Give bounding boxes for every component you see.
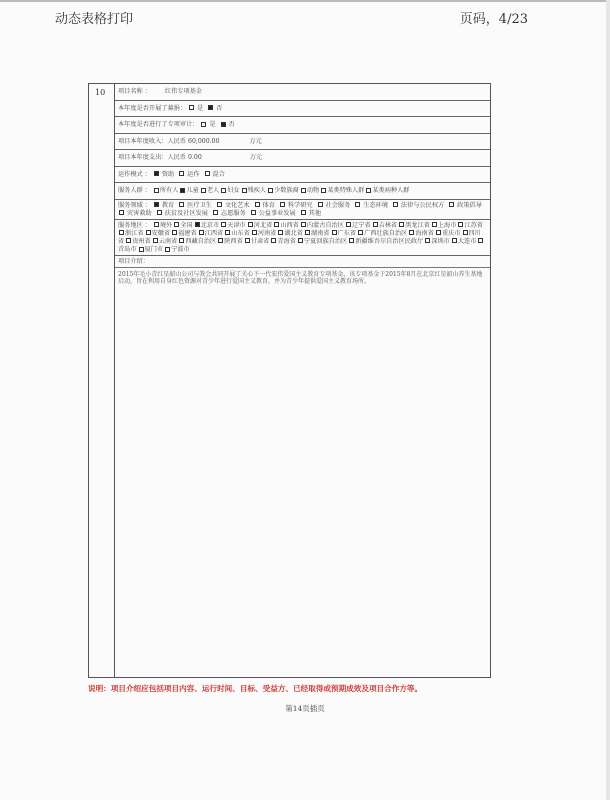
option-label: 是 xyxy=(197,105,203,112)
unchecked-box-icon[interactable] xyxy=(436,230,441,235)
option-label: 海南省 xyxy=(415,230,434,237)
unchecked-box-icon[interactable] xyxy=(301,188,306,193)
option-label: 上海市 xyxy=(438,222,457,229)
option-label: 某类特殊人群 xyxy=(327,187,364,194)
unchecked-box-icon[interactable] xyxy=(268,188,273,193)
option-label: 少数族裔 xyxy=(274,187,299,194)
expense-unit: 万元 xyxy=(250,154,262,161)
unchecked-box-icon[interactable] xyxy=(199,230,204,235)
option-20[interactable]: 广东省 xyxy=(331,230,357,237)
option-label: 体育 xyxy=(263,202,275,209)
option-label: 否 xyxy=(216,105,222,112)
unchecked-box-icon[interactable] xyxy=(332,230,337,235)
option-label: 西藏自治区 xyxy=(185,238,216,245)
option-8[interactable]: 吉林省 xyxy=(372,222,398,229)
option-9[interactable]: 黑龙江省 xyxy=(398,222,430,229)
audit-label: 本年度是否进行了专项审计： xyxy=(118,121,198,128)
unchecked-box-icon[interactable] xyxy=(298,238,303,243)
option-25[interactable]: 贵州省 xyxy=(125,238,151,245)
option-label: 青岛市 xyxy=(118,246,137,253)
option-label: 湖南省 xyxy=(311,230,330,237)
option-label: 动物 xyxy=(307,187,319,194)
option-label: 教育 xyxy=(162,202,174,209)
unchecked-box-icon[interactable] xyxy=(217,202,222,207)
unchecked-box-icon[interactable] xyxy=(201,122,206,127)
beneficiaries-label: 服务人群 ： xyxy=(118,187,151,194)
unchecked-box-icon[interactable] xyxy=(271,238,276,243)
audit-options: 是 否 xyxy=(200,121,236,128)
unchecked-box-icon[interactable] xyxy=(179,238,184,243)
unchecked-box-icon[interactable] xyxy=(248,222,253,227)
option-label: 文化艺术 xyxy=(225,202,250,209)
option-label: 吉林省 xyxy=(379,222,398,229)
option-12[interactable]: 公益事业发展 xyxy=(250,210,296,217)
option-label: 天津市 xyxy=(227,222,246,229)
option-10[interactable]: 扶贫及社区发展 xyxy=(156,210,208,217)
checked-box-icon[interactable] xyxy=(221,122,226,127)
option-label: 安徽省 xyxy=(152,230,171,237)
option-5[interactable]: 少数族裔 xyxy=(267,187,299,194)
fundraising-options: 是 否 xyxy=(188,105,224,112)
option-0[interactable]: 境外 xyxy=(153,222,172,229)
unchecked-box-icon[interactable] xyxy=(154,188,159,193)
option-label: 重庆市 xyxy=(442,230,461,237)
unchecked-box-icon[interactable] xyxy=(205,171,210,176)
option-3[interactable]: 妇女 xyxy=(220,187,239,194)
unchecked-box-icon[interactable] xyxy=(179,202,184,207)
option-37[interactable]: 宁波市 xyxy=(164,246,190,253)
unchecked-box-icon[interactable] xyxy=(218,238,223,243)
option-33[interactable]: 深圳市 xyxy=(424,238,450,245)
option-label: 政策倡导 xyxy=(457,202,482,209)
option-label: 资助 xyxy=(162,171,174,178)
print-title: 动态表格打印 xyxy=(55,8,133,27)
option-label: 山西省 xyxy=(280,222,299,229)
option-label: 甘肃省 xyxy=(251,238,270,245)
unchecked-box-icon[interactable] xyxy=(449,202,454,207)
option-6[interactable]: 生态环境 xyxy=(354,202,388,209)
audit-row: 本年度是否进行了专项审计： 是 否 xyxy=(115,117,490,134)
unchecked-box-icon[interactable] xyxy=(213,210,218,215)
intro-label-row: 项目介绍： xyxy=(115,256,490,268)
beneficiaries-options: 所有人儿童老人妇女残疾人少数族裔动物某类特殊人群某类病种人群 xyxy=(153,187,411,194)
option-0[interactable]: 所有人 xyxy=(153,187,179,194)
unchecked-box-icon[interactable] xyxy=(189,105,194,110)
option-label: 灾害救助 xyxy=(127,210,152,217)
option-label: 贵州省 xyxy=(132,238,151,245)
option-label: 生态环境 xyxy=(363,202,388,209)
unchecked-box-icon[interactable] xyxy=(366,188,371,193)
unchecked-box-icon[interactable] xyxy=(157,210,162,215)
option-label: 辽宁省 xyxy=(352,222,371,229)
option-0[interactable]: 是 xyxy=(200,121,215,128)
unchecked-box-icon[interactable] xyxy=(478,238,483,243)
option-label: 医疗卫生 xyxy=(187,202,212,209)
option-21[interactable]: 广西壮族自治区 xyxy=(357,230,407,237)
unchecked-box-icon[interactable] xyxy=(251,210,256,215)
unchecked-box-icon[interactable] xyxy=(393,202,398,207)
option-label: 残疾人 xyxy=(248,187,267,194)
unchecked-box-icon[interactable] xyxy=(458,222,463,227)
option-28[interactable]: 陕西省 xyxy=(217,238,243,245)
option-label: 科学研究 xyxy=(288,202,313,209)
option-label: 公益事业发展 xyxy=(259,210,296,217)
unchecked-box-icon[interactable] xyxy=(452,238,457,243)
option-0[interactable]: 是 xyxy=(188,105,203,112)
option-label: 运作 xyxy=(187,171,199,178)
option-2[interactable]: 文化艺术 xyxy=(216,202,250,209)
option-18[interactable]: 湖北省 xyxy=(277,230,303,237)
option-26[interactable]: 云南省 xyxy=(152,238,178,245)
option-6[interactable]: 内蒙古自治区 xyxy=(300,222,344,229)
option-32[interactable]: 新疆维吾尔自治区民政厅 xyxy=(348,238,423,245)
option-label: 湖北省 xyxy=(284,230,303,237)
unchecked-box-icon[interactable] xyxy=(274,222,279,227)
beneficiaries-row: 服务人群 ： 所有人儿童老人妇女残疾人少数族裔动物某类特殊人群某类病种人群 xyxy=(115,183,490,200)
option-34[interactable]: 大连市 xyxy=(451,238,477,245)
unchecked-box-icon[interactable] xyxy=(119,230,124,235)
option-label: 所有人 xyxy=(160,187,179,194)
option-label: 河北省 xyxy=(254,222,273,229)
option-19[interactable]: 湖南省 xyxy=(304,230,330,237)
option-5[interactable]: 社会服务 xyxy=(317,202,351,209)
unchecked-box-icon[interactable] xyxy=(355,202,360,207)
option-label: 混合 xyxy=(212,171,224,178)
service-fields-row: 服务领域 ： 教育 医疗卫生 文化艺术 体育 科学研究 社会服务 生态环境 法律… xyxy=(115,200,490,220)
unchecked-box-icon[interactable] xyxy=(373,222,378,227)
unchecked-box-icon[interactable] xyxy=(242,188,247,193)
project-name-label: 项目名称 ： xyxy=(118,88,151,95)
option-9[interactable]: 灾害救助 xyxy=(118,210,152,217)
expense-value: 0.00 xyxy=(188,154,202,161)
operation-mode-row: 运作模式 ： 资助 运作 混合 xyxy=(115,167,490,184)
option-label: 北京市 xyxy=(201,222,220,229)
service-fields-label: 服务领域 ： xyxy=(118,202,151,209)
service-regions-row: 服务地区 ： 境外全国北京市天津市河北省山西省内蒙古自治区辽宁省吉林省黑龙江省上… xyxy=(115,220,490,256)
unchecked-box-icon[interactable] xyxy=(318,202,323,207)
option-4[interactable]: 科学研究 xyxy=(279,202,313,209)
option-1[interactable]: 否 xyxy=(207,105,222,112)
option-10[interactable]: 上海市 xyxy=(431,222,457,229)
unchecked-box-icon[interactable] xyxy=(349,238,354,243)
checked-box-icon[interactable] xyxy=(180,188,185,193)
unchecked-box-icon[interactable] xyxy=(252,230,257,235)
option-label: 宁夏回族自治区 xyxy=(304,238,347,245)
option-label: 老人 xyxy=(207,187,219,194)
option-14[interactable]: 福建省 xyxy=(171,230,197,237)
option-31[interactable]: 宁夏回族自治区 xyxy=(297,238,347,245)
option-11[interactable]: 江苏省 xyxy=(457,222,483,229)
unchecked-box-icon[interactable] xyxy=(165,247,170,252)
unchecked-box-icon[interactable] xyxy=(154,222,159,227)
option-label: 境外 xyxy=(160,222,172,229)
service-regions-label: 服务地区 ： xyxy=(118,222,151,229)
unchecked-box-icon[interactable] xyxy=(409,230,414,235)
option-label: 志愿服务 xyxy=(221,210,246,217)
checked-box-icon[interactable] xyxy=(154,202,159,207)
option-11[interactable]: 志愿服务 xyxy=(212,210,246,217)
operation-mode-label: 运作模式 ： xyxy=(118,171,151,178)
option-1[interactable]: 否 xyxy=(220,121,235,128)
unchecked-box-icon[interactable] xyxy=(432,222,437,227)
unchecked-box-icon[interactable] xyxy=(225,230,230,235)
option-label: 浙江省 xyxy=(125,230,144,237)
option-13[interactable]: 其他 xyxy=(300,210,321,217)
unchecked-box-icon[interactable] xyxy=(301,222,306,227)
fundraising-label: 本年度是否开展了募捐： xyxy=(118,105,186,112)
option-label: 广西壮族自治区 xyxy=(364,230,407,237)
option-3[interactable]: 体育 xyxy=(254,202,275,209)
option-36[interactable]: 厦门市 xyxy=(138,246,164,253)
option-label: 扶贫及社区发展 xyxy=(165,210,208,217)
option-4[interactable]: 残疾人 xyxy=(241,187,267,194)
option-7[interactable]: 某类特殊人群 xyxy=(320,187,364,194)
option-label: 内蒙古自治区 xyxy=(307,222,344,229)
option-4[interactable]: 河北省 xyxy=(247,222,273,229)
option-label: 云南省 xyxy=(159,238,178,245)
income-label: 项目本年度收入：人民币 xyxy=(118,138,186,145)
option-23[interactable]: 重庆市 xyxy=(435,230,461,237)
option-22[interactable]: 海南省 xyxy=(408,230,434,237)
project-name-value: 红伟专项基金 xyxy=(165,88,202,95)
unchecked-box-icon[interactable] xyxy=(463,230,468,235)
option-1[interactable]: 医疗卫生 xyxy=(178,202,212,209)
option-1[interactable]: 儿童 xyxy=(179,187,198,194)
unchecked-box-icon[interactable] xyxy=(301,210,306,215)
option-label: 厦门市 xyxy=(145,246,164,253)
option-7[interactable]: 法律与公民权方 xyxy=(392,202,444,209)
instruction-note: 说明：项目介绍应包括项目内容、运行时间、目标、受益方、已经取得或预期成效及项目合… xyxy=(88,683,422,694)
option-1[interactable]: 运作 xyxy=(178,171,199,178)
option-label: 黑龙江省 xyxy=(405,222,430,229)
option-label: 陕西省 xyxy=(224,238,243,245)
option-8[interactable]: 政策倡导 xyxy=(448,202,482,209)
option-15[interactable]: 江西省 xyxy=(198,230,224,237)
option-label: 河南省 xyxy=(258,230,277,237)
option-label: 其他 xyxy=(309,210,321,217)
option-2[interactable]: 老人 xyxy=(200,187,219,194)
option-label: 大连市 xyxy=(458,238,477,245)
income-value: 60,000.00 xyxy=(188,138,220,145)
option-17[interactable]: 河南省 xyxy=(251,230,277,237)
unchecked-box-icon[interactable] xyxy=(245,238,250,243)
unchecked-box-icon[interactable] xyxy=(201,188,206,193)
fundraising-row: 本年度是否开展了募捐： 是 否 xyxy=(115,101,490,118)
project-record-table: 10 项目名称 ： 红伟专项基金 本年度是否开展了募捐： 是 否 本年度是否进行… xyxy=(88,83,491,678)
income-unit: 万元 xyxy=(249,138,261,145)
option-label: 广东省 xyxy=(338,230,357,237)
intro-text: 2015年毛小青红星韶山公司与我会共同开展了关心下一代宏伟爱国主义教育专项基金，… xyxy=(115,268,490,678)
option-5[interactable]: 山西省 xyxy=(273,222,299,229)
expense-row: 项目本年度支出：人民币 0.00 万元 xyxy=(115,150,490,167)
option-16[interactable]: 山东省 xyxy=(224,230,250,237)
option-2[interactable]: 混合 xyxy=(204,171,225,178)
option-label: 法律与公民权方 xyxy=(401,202,444,209)
option-label: 全国 xyxy=(180,222,192,229)
option-label: 宁波市 xyxy=(171,246,190,253)
option-label: 青海省 xyxy=(277,238,296,245)
option-label: 新疆维吾尔自治区民政厅 xyxy=(355,238,423,245)
service-regions-options: 境外全国北京市天津市河北省山西省内蒙古自治区辽宁省吉林省黑龙江省上海市江苏省浙江… xyxy=(118,222,484,254)
unchecked-box-icon[interactable] xyxy=(146,230,151,235)
unchecked-box-icon[interactable] xyxy=(278,230,283,235)
option-2[interactable]: 北京市 xyxy=(194,222,220,229)
unchecked-box-icon[interactable] xyxy=(280,202,285,207)
unchecked-box-icon[interactable] xyxy=(153,238,158,243)
unchecked-box-icon[interactable] xyxy=(179,171,184,176)
unchecked-box-icon[interactable] xyxy=(126,238,131,243)
option-13[interactable]: 安徽省 xyxy=(145,230,171,237)
unchecked-box-icon[interactable] xyxy=(221,188,226,193)
option-29[interactable]: 甘肃省 xyxy=(244,238,270,245)
unchecked-box-icon[interactable] xyxy=(174,222,179,227)
option-label: 福建省 xyxy=(178,230,197,237)
option-7[interactable]: 辽宁省 xyxy=(345,222,371,229)
option-label: 江西省 xyxy=(205,230,224,237)
page-footer: 第14页插页 xyxy=(0,703,610,714)
option-label: 儿童 xyxy=(186,187,198,194)
option-12[interactable]: 浙江省 xyxy=(118,230,144,237)
option-label: 深圳市 xyxy=(431,238,450,245)
option-0[interactable]: 资助 xyxy=(153,171,174,178)
option-label: 妇女 xyxy=(227,187,239,194)
checked-box-icon[interactable] xyxy=(154,171,159,176)
option-label: 社会服务 xyxy=(326,202,351,209)
unchecked-box-icon[interactable] xyxy=(221,222,226,227)
option-label: 江苏省 xyxy=(464,222,483,229)
record-fields: 项目名称 ： 红伟专项基金 本年度是否开展了募捐： 是 否 本年度是否进行了专项… xyxy=(115,84,490,677)
unchecked-box-icon[interactable] xyxy=(321,188,326,193)
unchecked-box-icon[interactable] xyxy=(172,230,177,235)
option-27[interactable]: 西藏自治区 xyxy=(178,238,216,245)
option-8[interactable]: 某类病种人群 xyxy=(365,187,409,194)
unchecked-box-icon[interactable] xyxy=(425,238,430,243)
expense-label: 项目本年度支出：人民币 xyxy=(118,154,186,161)
intro-label: 项目介绍： xyxy=(118,258,149,265)
option-label: 否 xyxy=(229,121,235,128)
unchecked-box-icon[interactable] xyxy=(305,230,310,235)
unchecked-box-icon[interactable] xyxy=(139,247,144,252)
scan-right-edge xyxy=(606,0,610,800)
page-number: 页码，4/23 xyxy=(460,8,528,27)
record-number: 10 xyxy=(89,84,115,677)
operation-mode-options: 资助 运作 混合 xyxy=(153,171,227,178)
option-3[interactable]: 天津市 xyxy=(220,222,246,229)
unchecked-box-icon[interactable] xyxy=(119,210,124,215)
project-name-row: 项目名称 ： 红伟专项基金 xyxy=(115,84,490,101)
service-fields-options: 教育 医疗卫生 文化艺术 体育 科学研究 社会服务 生态环境 法律与公民权方 政… xyxy=(118,202,484,217)
option-label: 是 xyxy=(209,121,215,128)
checked-box-icon[interactable] xyxy=(208,105,213,110)
unchecked-box-icon[interactable] xyxy=(399,222,404,227)
income-row: 项目本年度收入：人民币 60,000.00 万元 xyxy=(115,134,490,151)
option-0[interactable]: 教育 xyxy=(153,202,174,209)
option-6[interactable]: 动物 xyxy=(300,187,319,194)
scan-top-edge xyxy=(0,0,610,2)
option-label: 山东省 xyxy=(231,230,250,237)
unchecked-box-icon[interactable] xyxy=(358,230,363,235)
option-30[interactable]: 青海省 xyxy=(270,238,296,245)
unchecked-box-icon[interactable] xyxy=(255,202,260,207)
unchecked-box-icon[interactable] xyxy=(346,222,351,227)
option-label: 某类病种人群 xyxy=(372,187,409,194)
option-1[interactable]: 全国 xyxy=(173,222,192,229)
checked-box-icon[interactable] xyxy=(195,222,200,227)
